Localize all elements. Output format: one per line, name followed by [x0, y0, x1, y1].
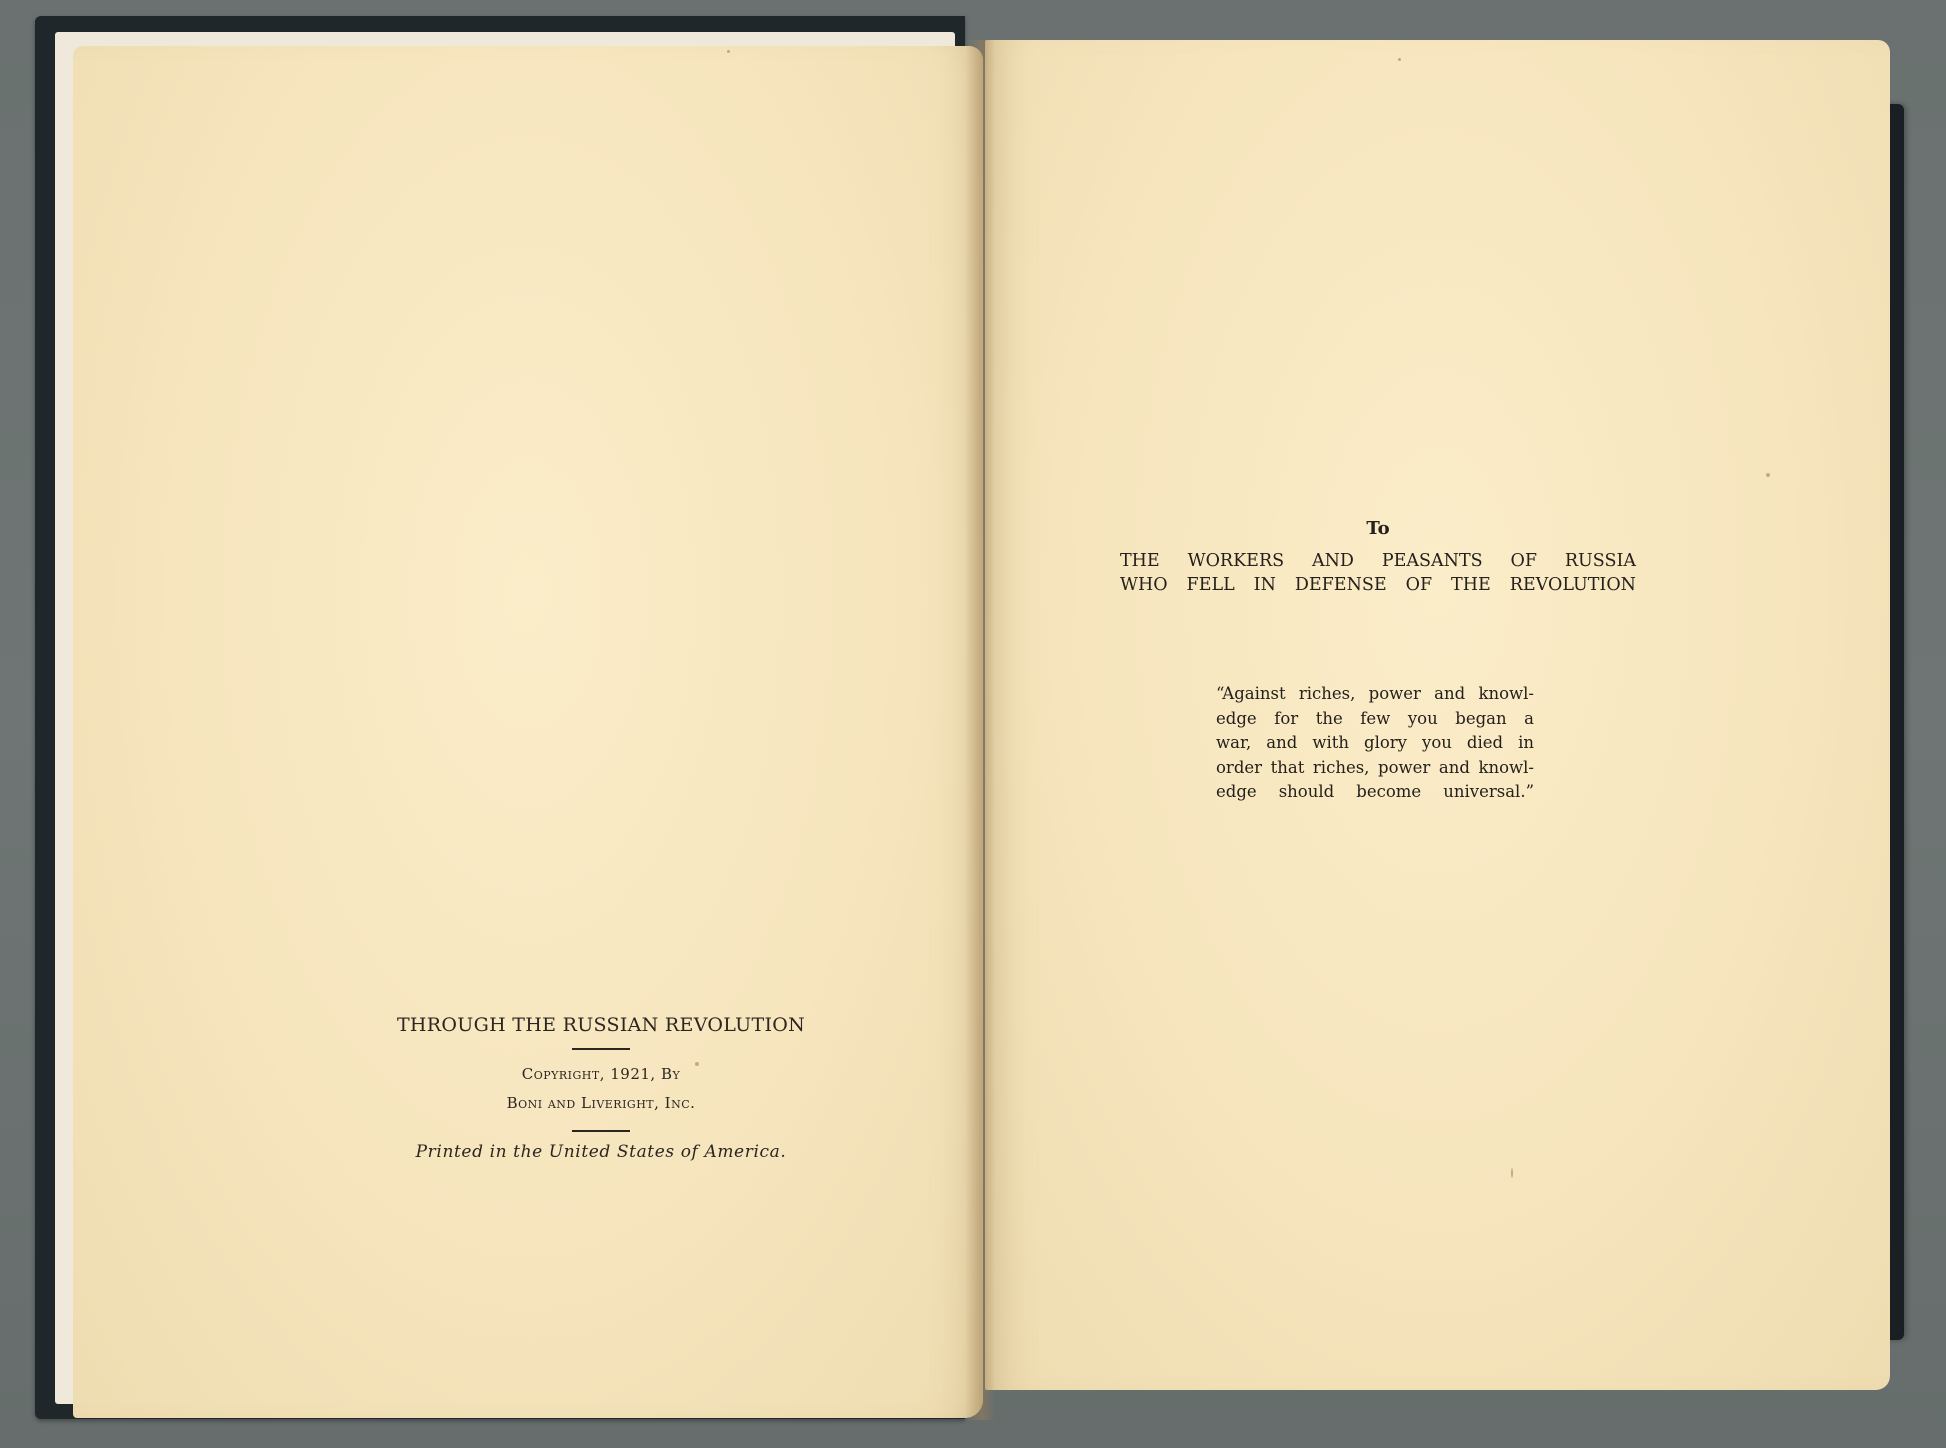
copyright-line: Copyright, 1921, By	[373, 1060, 829, 1089]
dedication: To THE WORKERS AND PEASANTS OF RUSSIA WH…	[1120, 518, 1636, 597]
divider-rule	[572, 1048, 630, 1050]
paper-speck	[727, 50, 730, 53]
dedication-line: THE WORKERS AND PEASANTS OF RUSSIA	[1120, 549, 1636, 573]
divider-rule	[572, 1130, 630, 1132]
book-gutter	[965, 40, 995, 1420]
copyright-imprint: THROUGH THE RUSSIAN REVOLUTION Copyright…	[373, 1014, 829, 1162]
publisher-line: Boni and Liveright, Inc.	[373, 1089, 829, 1118]
book-title: THROUGH THE RUSSIAN REVOLUTION	[373, 1014, 829, 1036]
printed-in-line: Printed in the United States of America.	[373, 1142, 829, 1162]
quote-line: edge for the few you began a	[1216, 707, 1534, 732]
dedication-to: To	[1120, 518, 1636, 539]
epigraph-quote: “Against riches, power and knowl- edge f…	[1216, 682, 1534, 805]
quote-line: order that riches, power and knowl-	[1216, 756, 1534, 781]
paper-speck	[1398, 58, 1401, 61]
quote-line: “Against riches, power and knowl-	[1216, 682, 1534, 707]
paper-speck	[1511, 1168, 1513, 1178]
quote-line: war, and with glory you died in	[1216, 731, 1534, 756]
dedication-line: WHO FELL IN DEFENSE OF THE REVOLUTION	[1120, 573, 1636, 597]
paper-speck	[1766, 473, 1770, 477]
left-page	[73, 46, 983, 1418]
quote-line: edge should become universal.”	[1216, 780, 1534, 805]
